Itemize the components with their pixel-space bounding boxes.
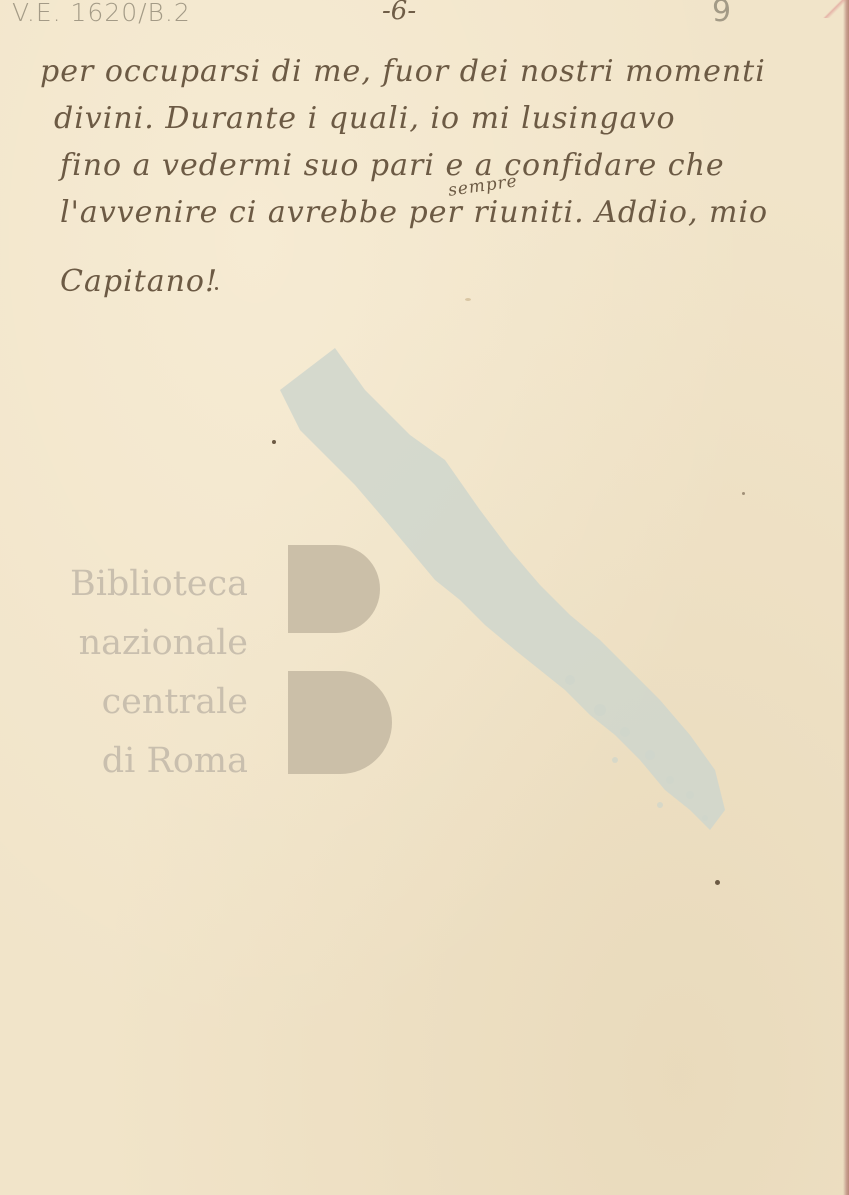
library-logo: Biblioteca nazionale centrale di Roma [80,540,400,790]
text-line: sempre l'avvenire ci avrebbe per riuniti… [40,189,849,236]
folio-number: 9 [712,0,731,29]
ink-speck [215,287,218,290]
text-line: per occuparsi di me, fuor dei nostri mom… [40,48,849,95]
logo-text-line: di Roma [70,732,248,791]
logo-b-lower-bowl [288,671,392,774]
logo-text-line: Biblioteca [70,555,248,614]
interlinear-insertion: sempre [445,158,521,214]
page-number: -6- [382,0,416,26]
scanned-page: V.E. 1620/B.2 -6- 9 per occuparsi di me,… [0,0,849,1195]
corner-mark [819,0,849,18]
text-line-content: l'avvenire ci avrebbe per riuniti. Addio… [60,195,768,230]
handwritten-text: per occuparsi di me, fuor dei nostri mom… [40,48,849,305]
shelfmark: V.E. 1620/B.2 [12,0,191,27]
text-line: fino a vedermi suo pari e a confidare ch… [40,142,849,189]
logo-b-upper-bowl [288,545,380,633]
text-line: divini. Durante i quali, io mi lusingavo [40,95,849,142]
logo-text-line: nazionale [70,614,248,673]
logo-institution-name: Biblioteca nazionale centrale di Roma [70,555,248,791]
text-line: Capitano! [40,258,849,305]
ink-speck [715,880,720,885]
ink-speck [465,298,471,301]
logo-text-line: centrale [70,673,248,732]
ink-speck [272,440,276,444]
ink-speck [742,492,745,495]
